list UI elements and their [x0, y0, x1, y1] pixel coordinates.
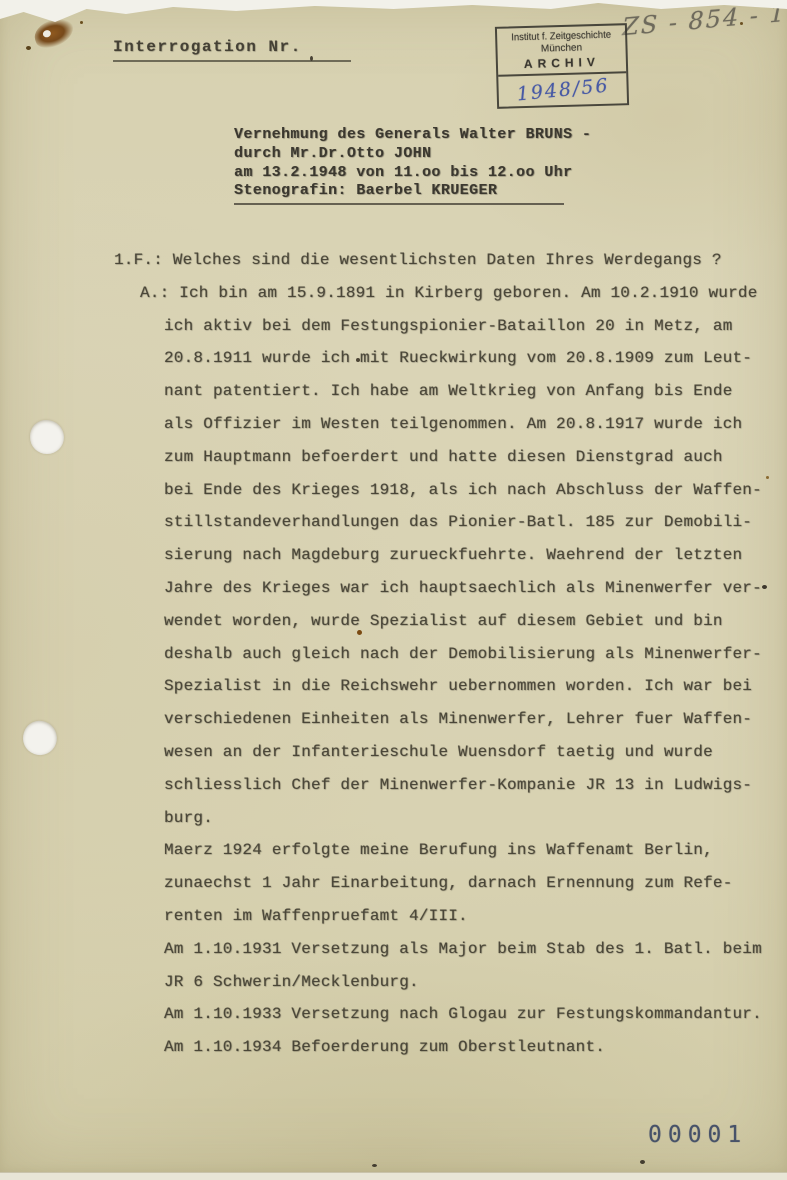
typewritten-line: stillstandeverhandlungen das Pionier-Bat… [114, 506, 774, 539]
paper-speck [80, 21, 83, 24]
archive-stamp: Institut f. Zeitgeschichte München ARCHI… [495, 23, 629, 109]
typewritten-line: Am 1.10.1931 Versetzung als Major beim S… [114, 933, 774, 966]
typewritten-line: zunaechst 1 Jahr Einarbeitung, darnach E… [114, 867, 774, 900]
typewritten-line: zum Hauptmann befoerdert und hatte diese… [114, 441, 774, 474]
typewritten-line: renten im Waffenpruefamt 4/III. [114, 900, 774, 933]
paper-speck [26, 46, 31, 50]
stamp-institution-city: München [499, 41, 623, 55]
header-subject-line: Vernehmung des Generals Walter BRUNS - [234, 126, 591, 145]
typewritten-line: Maerz 1924 erfolgte meine Berufung ins W… [114, 834, 774, 867]
typewritten-line: bei Ende des Krieges 1918, als ich nach … [114, 474, 774, 507]
paper-speck [640, 1160, 645, 1164]
typewritten-line: verschiedenen Einheiten als Minenwerfer,… [114, 703, 774, 736]
typewritten-line: Am 1.10.1934 Befoerderung zum Oberstleut… [114, 1031, 774, 1064]
typewritten-line: wendet worden, wurde Spezialist auf dies… [114, 605, 774, 638]
typewritten-line: A.: Ich bin am 15.9.1891 in Kirberg gebo… [114, 277, 774, 310]
typewritten-line: nant patentiert. Ich habe am Weltkrieg v… [114, 375, 774, 408]
scan-bottom-edge [0, 1172, 787, 1180]
typewritten-line: Am 1.10.1933 Versetzung nach Glogau zur … [114, 998, 774, 1031]
hole-punch [18, 716, 62, 760]
typewritten-line: burg. [114, 802, 774, 835]
typewritten-line: 20.8.1911 wurde ich mit Rueckwirkung vom… [114, 342, 774, 375]
typewritten-line: schliesslich Chef der Minenwerfer-Kompan… [114, 769, 774, 802]
typewritten-line: Jahre des Krieges war ich hauptsaechlich… [114, 572, 774, 605]
typewritten-line: sierung nach Magdeburg zurueckfuehrte. W… [114, 539, 774, 572]
page-number-stamp: 00001 [648, 1122, 747, 1148]
paper-stain [31, 14, 77, 51]
typewritten-line: 1.F.: Welches sind die wesentlichsten Da… [114, 244, 774, 277]
typewritten-line: wesen an der Infanterieschule Wuensdorf … [114, 736, 774, 769]
archive-stamp-signature-box: 1948/56 [498, 71, 627, 107]
typewritten-line: JR 6 Schwerin/Mecklenburg. [114, 966, 774, 999]
archive-stamp-header: Institut f. Zeitgeschichte München ARCHI… [497, 25, 626, 75]
typewritten-line: ich aktiv bei dem Festungspionier-Batail… [114, 310, 774, 343]
typewritten-line: deshalb auch gleich nach der Demobilisie… [114, 638, 774, 671]
header-stenographer-line: Stenografin: Baerbel KRUEGER [234, 182, 564, 205]
stamp-signature-number-handwritten: 1948/56 [515, 75, 610, 106]
typewritten-line: als Offizier im Westen teilgenommen. Am … [114, 408, 774, 441]
interrogation-number-label: Interrogation Nr. [113, 38, 351, 62]
archive-reference-handwritten: ZS - 854 - 1 [622, 0, 787, 41]
hole-punch [30, 420, 64, 454]
interrogation-header: Vernehmung des Generals Walter BRUNS - d… [234, 126, 591, 205]
document-page: ZS - 854 - 1 Interrogation Nr. Institut … [0, 0, 787, 1172]
typewritten-line: Spezialist in die Reichswehr uebernommen… [114, 670, 774, 703]
paper-speck [372, 1164, 377, 1167]
stamp-archive-label: ARCHIV [500, 54, 624, 71]
header-interrogator-line: durch Mr.Dr.Otto JOHN [234, 145, 591, 164]
header-datetime-line: am 13.2.1948 von 11.oo bis 12.oo Uhr [234, 164, 591, 183]
transcript-body: 1.F.: Welches sind die wesentlichsten Da… [114, 244, 774, 1064]
